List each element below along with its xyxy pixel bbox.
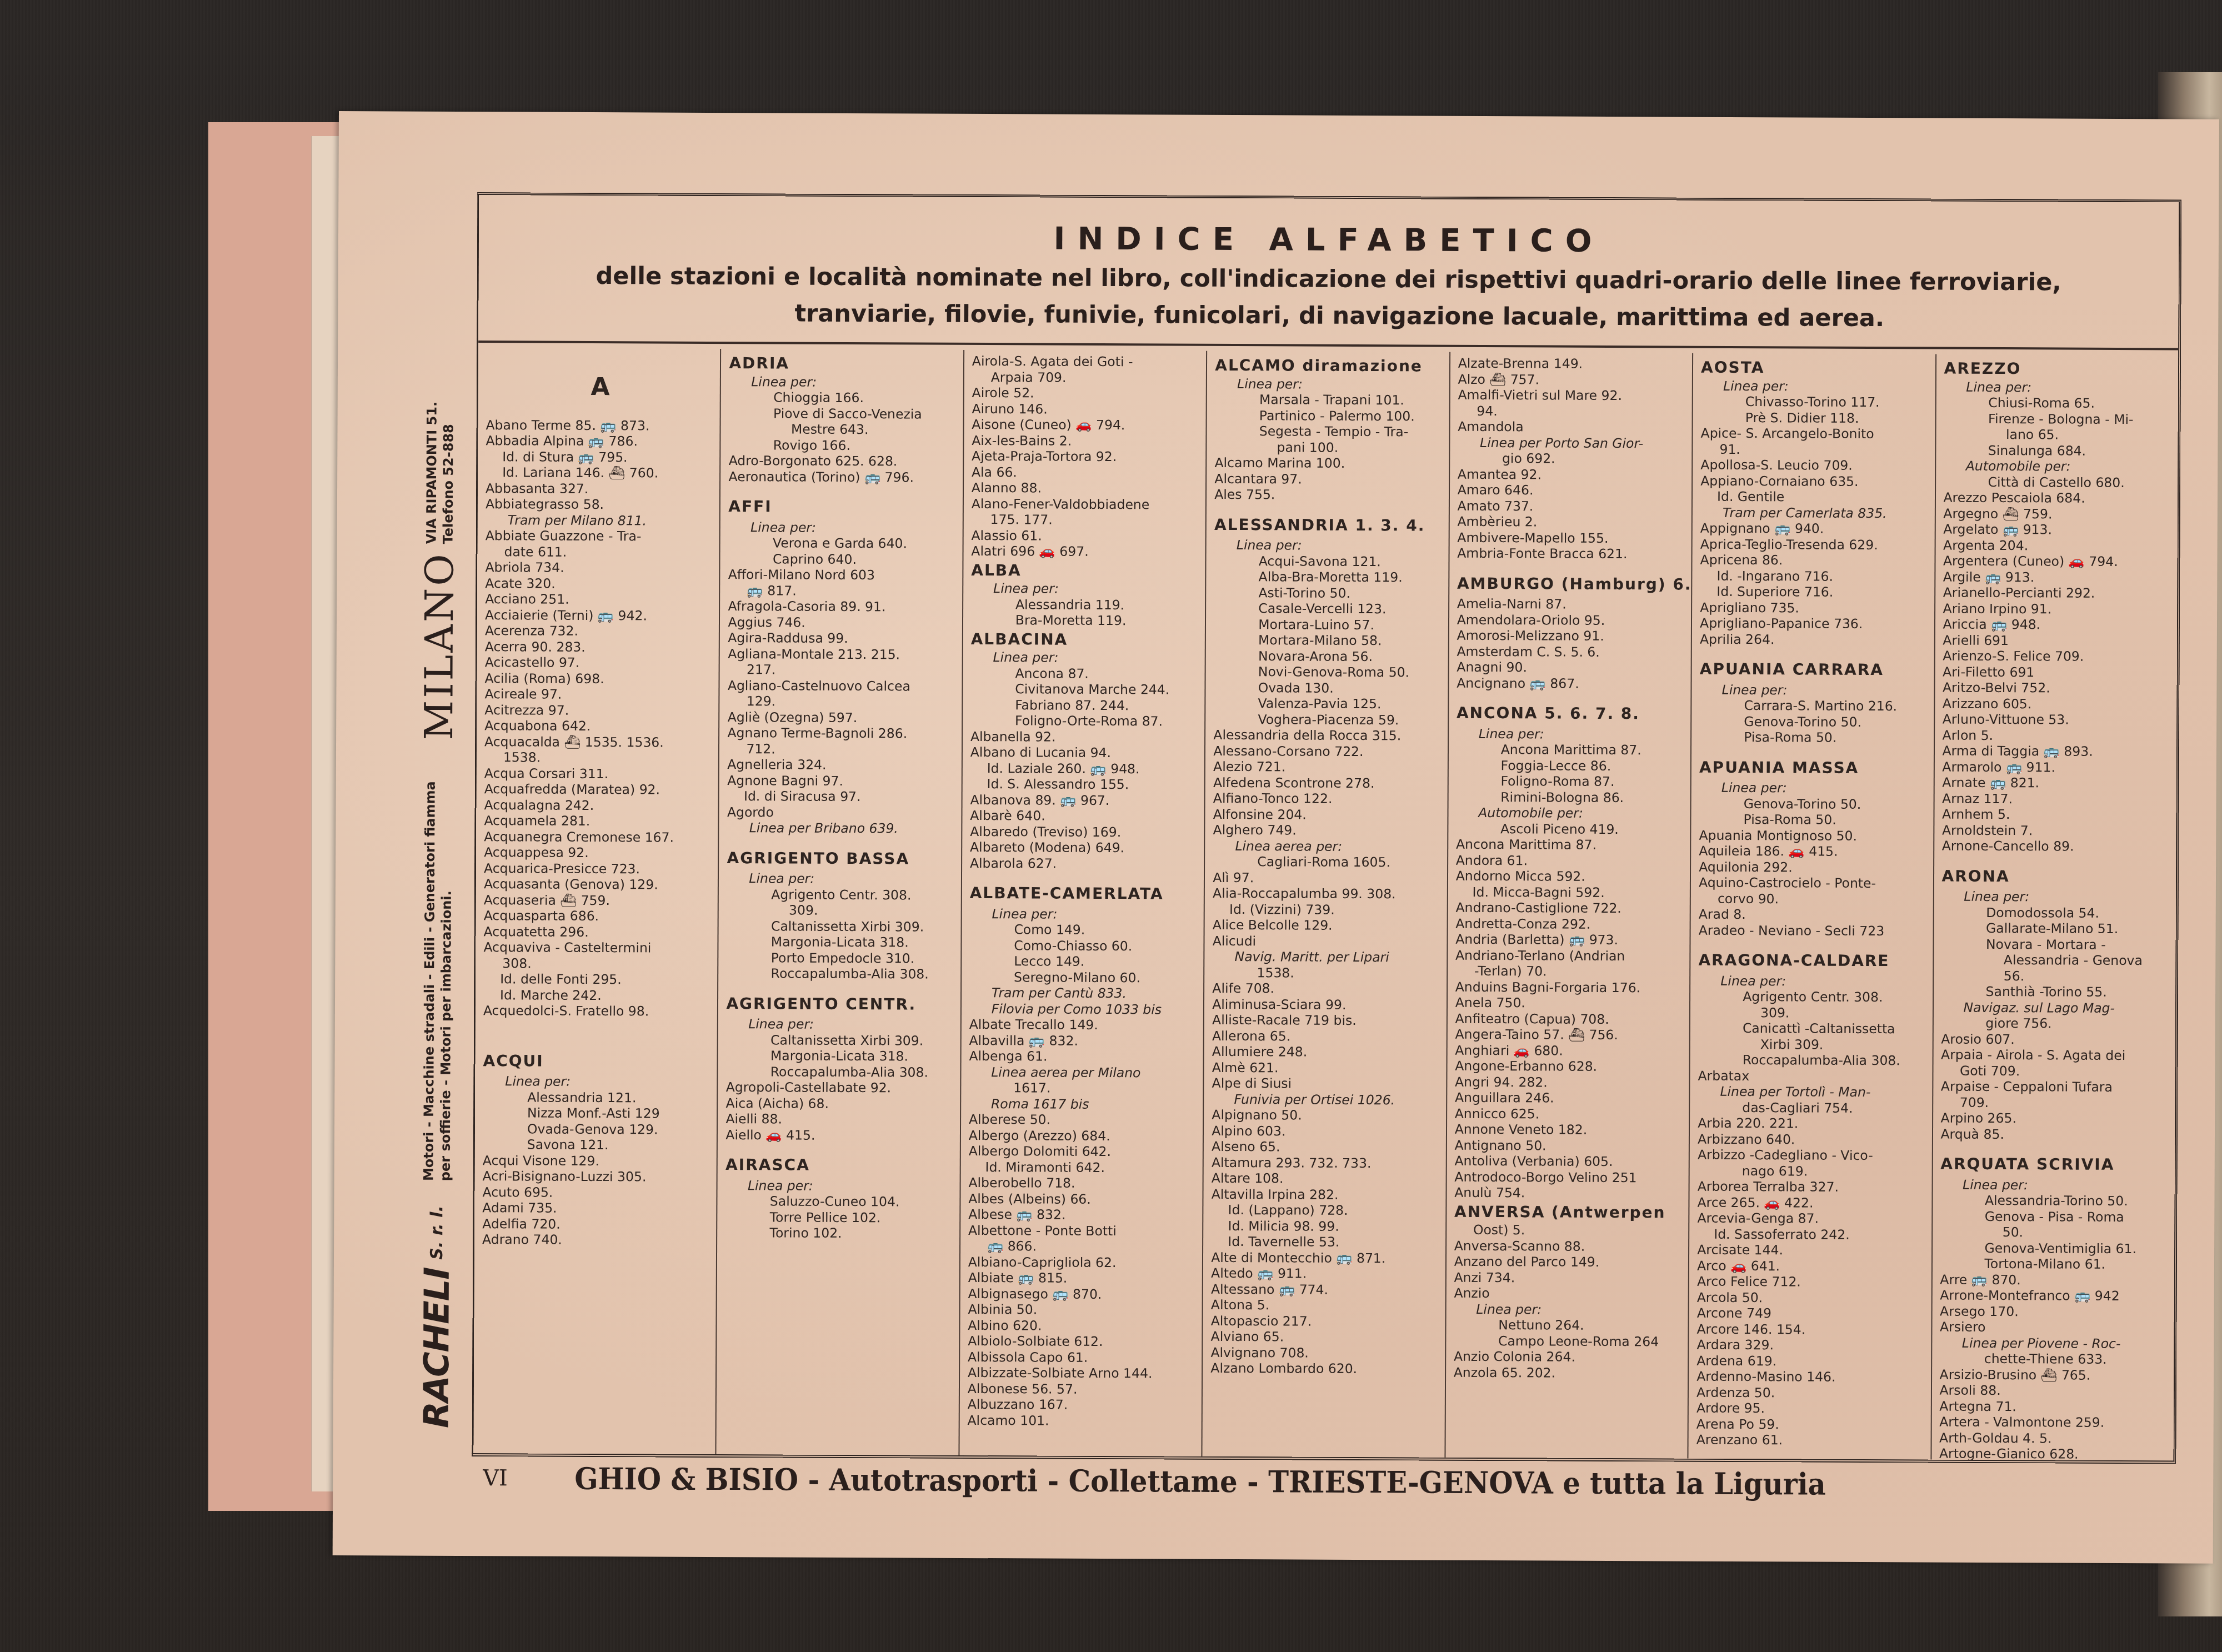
index-entry: Acciaierie (Terni) 🚌 942. (485, 607, 714, 624)
index-entry: Anagni 90. (1457, 659, 1685, 676)
index-continuation: 129. (728, 693, 957, 710)
index-entry: Albettone - Ponte Botti (968, 1222, 1197, 1239)
index-entry: Acquarica-Presicce 723. (484, 860, 713, 877)
index-entry: Aisone (Cuneo) 🚗 794. (972, 417, 1200, 433)
line-destination: Alessandria 119. (971, 596, 1200, 613)
station-heading: ARAGONA-CALDARE (1698, 953, 1927, 969)
index-entry: Ala 66. (972, 464, 1200, 480)
line-destination: Canicattì -Caltanissetta (1698, 1020, 1927, 1037)
index-entry: Albissola Capo 61. (968, 1349, 1197, 1365)
index-entry: Abriola 734. (485, 559, 714, 576)
line-destination: Margonia-Licata 318. (727, 934, 955, 950)
index-entry: Alzano Lombardo 620. (1210, 1360, 1439, 1377)
index-entry: Alessano-Corsano 722. (1213, 743, 1442, 759)
index-entry: Annicco 625. (1455, 1105, 1684, 1122)
index-entry: Alì 97. (1213, 869, 1442, 886)
line-destination: Campo Leone-Roma 264 (1454, 1333, 1683, 1349)
line-label: Navigaz. sul Lago Mag- (1941, 999, 2170, 1016)
index-entry: Anela 750. (1455, 995, 1684, 1012)
index-entry: Arcisate 144. (1697, 1242, 1926, 1259)
index-entry: Agliano-Castelnuovo Calcea (728, 678, 957, 694)
line-label: Linea per Porto San Gior- (1458, 434, 1686, 451)
line-label: Linea per: (1215, 376, 1444, 392)
index-sub-entry: Id. Lariana 146. ⛴ 760. (486, 464, 714, 481)
index-entry: Albinia 50. (968, 1301, 1197, 1318)
line-label: Linea per Bribano 639. (727, 820, 956, 837)
line-destination-continuation: pani 100. (1215, 439, 1444, 455)
ad-brand: RACHELI (416, 1267, 457, 1428)
index-continuation: Goti 709. (1941, 1063, 2170, 1079)
line-destination-continuation: 50. (1940, 1224, 2169, 1241)
index-entry: Aquino-Castrocielo - Ponte- (1699, 875, 1928, 892)
index-column-2: ADRIALinea per:Chioggia 166.Piove di Sac… (717, 349, 964, 1455)
station-heading: ALBATE-CAMERLATA (970, 885, 1199, 902)
index-entry: Alcantara 97. (1214, 470, 1443, 487)
station-heading: AMBURGO (Hamburg) 6. (1457, 575, 1686, 592)
index-entry: Aquilonia 292. (1699, 859, 1928, 875)
index-entry: Apice- S. Arcangelo-Bonito (1701, 425, 1930, 442)
index-continuation: Oost) 5. (1454, 1222, 1683, 1239)
index-entry: Altona 5. (1211, 1297, 1440, 1314)
index-sub-entry: Id. Sassoferrato 242. (1697, 1226, 1926, 1243)
index-entry: Acilia (Roma) 698. (484, 670, 713, 687)
line-destination: gio 692. (1458, 450, 1686, 467)
index-entry: Arrone-Montefranco 🚌 942 (1940, 1288, 2169, 1304)
index-entry: Acerenza 732. (485, 623, 714, 639)
index-entry: Adami 735. (482, 1200, 711, 1217)
line-label: Linea aerea per: (1213, 838, 1442, 854)
line-destination: Torre Pellice 102. (725, 1209, 954, 1226)
index-entry: Argegno ⛴ 759. (1943, 505, 2172, 522)
index-entry: Acquatetta 296. (483, 924, 712, 940)
station-heading: ACQUI (483, 1053, 712, 1070)
index-entry: Amato 737. (1458, 498, 1686, 514)
index-entry: Aprigliano 735. (1700, 599, 1929, 616)
index-entry: Albuzzano 167. (968, 1396, 1197, 1413)
index-entry: Annone Veneto 182. (1455, 1122, 1684, 1138)
index-entry: Andorno Micca 592. (1456, 868, 1685, 885)
index-entry: Arbizzano 640. (1698, 1131, 1926, 1148)
index-entry: Alliste-Racale 719 bis. (1212, 1012, 1441, 1029)
index-entry: Amantea 92. (1458, 466, 1686, 483)
index-entry: Andretta-Conza 292. (1455, 915, 1684, 932)
line-label: Automobile per: (1944, 458, 2173, 475)
line-destination: Partinico - Palermo 100. (1215, 407, 1444, 424)
index-entry: Arcevia-Genga 87. (1697, 1210, 1926, 1227)
index-columns: AAbano Terme 85. 🚌 873.Abbadia Alpina 🚌 … (473, 348, 2178, 1460)
index-entry: Alicudi (1213, 933, 1442, 949)
index-entry: Arad 8. (1699, 907, 1928, 923)
index-entry: Acquasparta 686. (484, 908, 713, 924)
index-entry: Aprilia 264. (1700, 631, 1929, 648)
line-label: Filovia per Como 1033 bis (969, 1000, 1198, 1017)
line-destination: giore 756. (1941, 1015, 2170, 1032)
index-entry: Acri-Bisignano-Luzzi 305. (483, 1168, 712, 1185)
index-entry: Arosio 607. (1941, 1031, 2170, 1048)
line-destination-continuation: 309. (1698, 1004, 1927, 1021)
index-sub-entry: Id. Milicia 98. 99. (1211, 1218, 1440, 1234)
index-entry: Aritzo-Belvi 752. (1943, 680, 2171, 697)
station-heading: AREZZO (1944, 361, 2173, 378)
index-entry: Artegna 71. (1939, 1398, 2168, 1415)
index-entry: Ambèrieu 2. (1457, 514, 1686, 530)
index-entry: Acquanegra Cremonese 167. (484, 829, 713, 845)
line-destination: Saluzzo-Cuneo 104. (725, 1193, 954, 1210)
index-entry: Albignasego 🚌 870. (968, 1285, 1197, 1302)
index-entry: Albareto (Modena) 649. (970, 839, 1199, 856)
index-entry: Abbiategrasso 58. (486, 496, 714, 513)
index-entry: Andrano-Castiglione 722. (1455, 900, 1684, 917)
index-entry: Acquacalda ⛴ 1535. 1536. (484, 734, 713, 750)
line-label: Linea per: (1941, 889, 2170, 905)
line-destination: nago 619. (1698, 1163, 1926, 1179)
index-entry: Agnone Bagni 97. (727, 773, 956, 789)
index-continuation: 94. (1458, 403, 1686, 419)
line-destination: Como 149. (969, 922, 1198, 938)
index-entry: Alfonsine 204. (1213, 806, 1442, 823)
index-entry: Aica (Aicha) 68. (726, 1095, 955, 1112)
line-destination: Ovada 130. (1214, 679, 1443, 696)
line-destination-continuation: Mestre 643. (729, 421, 958, 438)
line-destination: Domodossola 54. (1941, 904, 2170, 921)
index-entry: Arianello-Percianti 292. (1943, 585, 2172, 602)
index-entry: Abbiate Guazzone - Tra- (486, 528, 714, 544)
line-label: Tram per Milano 811. (486, 512, 714, 529)
line-label: Tram per Cantù 833. (969, 985, 1198, 1002)
line-destination-continuation: lano 65. (1944, 427, 2173, 443)
line-destination: Agrigento Centr. 308. (1698, 989, 1927, 1005)
index-entry: Acerra 90. 283. (485, 639, 714, 655)
line-destination: Genova-Torino 50. (1699, 713, 1928, 730)
line-destination: Verona e Garda 640. (728, 535, 957, 552)
line-destination: Mortara-Milano 58. (1214, 632, 1443, 649)
index-entry: Alia-Roccapalumba 99. 308. (1213, 885, 1442, 902)
index-sub-entry: Id. S. Alessandro 155. (970, 776, 1199, 793)
line-destination: Caltanissetta Xirbi 309. (726, 1032, 955, 1049)
line-destination: das-Cagliari 754. (1698, 1099, 1926, 1116)
index-entry: Argelato 🚌 913. (1943, 522, 2172, 538)
line-destination: Acqui-Savona 121. (1214, 553, 1443, 569)
line-destination: Novara-Arona 56. (1214, 648, 1443, 664)
index-entry: Arnaz 117. (1942, 790, 2171, 807)
page-number: VI (483, 1465, 508, 1491)
ad-description: Motori - Macchine stradali - Edili - Gen… (421, 781, 456, 1181)
page-subtitle: delle stazioni e località nominate nel l… (478, 257, 2179, 338)
index-entry: Arenzano 61. (1696, 1432, 1925, 1449)
index-entry: Arcore 146. 154. (1697, 1321, 1926, 1338)
index-entry: Agira-Raddusa 99. (728, 630, 957, 647)
index-entry: Ardara 329. (1696, 1337, 1925, 1354)
line-destination-continuation: 56. (1941, 968, 2170, 984)
index-entry: Argile 🚌 913. (1943, 569, 2172, 585)
line-destination: Ascoli Piceno 419. (1456, 820, 1685, 837)
line-label: Linea per: (1457, 725, 1685, 742)
station-heading: ARQUATA SCRIVIA (1940, 1157, 2169, 1173)
index-entry: Alseno 65. (1212, 1139, 1440, 1155)
index-entry: Acquappesa 92. (484, 844, 713, 861)
line-label: Automobile per: (1456, 805, 1685, 822)
line-label: Linea per: (725, 1178, 954, 1194)
index-entry: Alcamo Marina 100. (1214, 455, 1443, 472)
index-entry: Anzola 65. 202. (1454, 1364, 1683, 1381)
station-heading: AGRIGENTO CENTR. (726, 996, 955, 1013)
line-destination: Pisa-Roma 50. (1699, 812, 1928, 828)
index-entry: Arienzo-S. Felice 709. (1943, 648, 2171, 665)
line-destination: Asti-Torino 50. (1214, 584, 1443, 601)
index-entry: Aliminusa-Sciara 99. (1212, 996, 1441, 1013)
index-entry: Aix-les-Bains 2. (972, 432, 1200, 449)
index-sub-entry: Id. Miramonti 642. (968, 1159, 1197, 1175)
letter-heading: A (486, 379, 715, 396)
index-entry: Arcone 749 (1697, 1305, 1926, 1322)
index-entry: Arth-Goldau 4. 5. (1939, 1430, 2168, 1446)
index-entry: Altavilla Irpina 282. (1212, 1186, 1440, 1203)
index-entry: Altessano 🚌 774. (1211, 1281, 1440, 1298)
index-entry: Andora 61. (1456, 852, 1685, 869)
index-entry: Albese 🚌 832. (968, 1207, 1197, 1223)
index-entry: Andria (Barletta) 🚌 973. (1455, 932, 1684, 948)
index-sub-entry: Id. delle Fonti 295. (483, 971, 712, 988)
line-destination: Torino 102. (725, 1225, 954, 1241)
index-entry: Aiello 🚗 415. (725, 1127, 954, 1144)
index-entry: Ariano Irpino 91. (1943, 600, 2172, 617)
line-destination: Piove di Sacco-Venezia (729, 406, 958, 422)
index-entry: Alife 708. (1212, 980, 1441, 997)
index-entry: Alpino 603. (1212, 1123, 1440, 1139)
index-entry: Arpino 265. (1941, 1110, 2170, 1127)
index-entry: Acicastello 97. (485, 654, 714, 671)
line-destination: Genova - Pisa - Roma (1940, 1208, 2169, 1225)
line-label: Linea per: (1701, 378, 1930, 394)
station-heading: ALBA (971, 562, 1200, 579)
line-destination: Gallarate-Milano 51. (1941, 920, 2170, 937)
index-entry: Ardore 95. (1696, 1400, 1925, 1417)
line-destination: Genova-Ventimiglia 61. (1940, 1240, 2169, 1256)
station-heading: AGRIGENTO BASSA (727, 850, 955, 867)
index-entry: Arpaise - Ceppaloni Tufara (1941, 1079, 2170, 1095)
line-label: Linea per: (1699, 780, 1928, 797)
index-continuation: 1538. (484, 749, 713, 766)
index-continuation: 91. (1700, 441, 1929, 458)
index-entry: Anghiari 🚗 680. (1455, 1042, 1684, 1059)
index-entry: Albino 620. (968, 1317, 1197, 1334)
index-entry: Aprica-Teglio-Tresenda 629. (1700, 536, 1929, 553)
line-destination: 1617. (969, 1080, 1198, 1097)
line-destination: Lecco 149. (969, 953, 1198, 970)
line-destination-continuation: Xirbi 309. (1698, 1036, 1927, 1053)
index-entry: Altare 108. (1212, 1170, 1440, 1187)
index-entry: Alzate-Brenna 149. (1458, 356, 1687, 372)
index-entry: Arborea Terralba 327. (1698, 1179, 1926, 1195)
line-destination: Genova-Torino 50. (1699, 795, 1928, 812)
station-heading: APUANIA CARRARA (1700, 662, 1929, 678)
index-entry: Aquileia 186. 🚗 415. (1699, 843, 1928, 860)
index-entry: Aggius 746. (728, 614, 957, 631)
station-heading: ADRIA (729, 356, 958, 372)
line-destination: Foggia-Lecce 86. (1457, 757, 1685, 774)
index-entry: Arezzo Pescaiola 684. (1943, 490, 2172, 507)
line-destination: 1538. (1212, 964, 1441, 981)
line-label: Linea per Piovene - Roc- (1940, 1335, 2169, 1351)
index-entry: Albiolo-Solbiate 612. (968, 1333, 1197, 1350)
index-entry: Anzano del Parco 149. (1454, 1254, 1683, 1270)
index-entry: Alberese 50. (969, 1112, 1198, 1128)
index-entry: Altedo 🚌 911. (1211, 1265, 1440, 1282)
line-label: Linea per: (969, 905, 1198, 922)
line-destination: Firenze - Bologna - Mi- (1944, 411, 2173, 427)
index-entry: Airuno 146. (972, 401, 1200, 417)
line-destination: Chiusi-Roma 65. (1944, 395, 2173, 412)
index-sub-entry: Id. Tavernelle 53. (1211, 1234, 1440, 1250)
ad-city: MILANO (416, 552, 462, 740)
ad-address-line-1: VIA RIPAMONTI 51. (424, 402, 440, 544)
index-entry: Alatri 696 🚗 697. (971, 543, 1200, 560)
index-entry: Aprigliano-Papanice 736. (1700, 615, 1929, 632)
index-entry: Arena Po 59. (1696, 1416, 1925, 1433)
index-entry: Angone-Erbanno 628. (1455, 1058, 1684, 1075)
index-entry: Anzi 734. (1454, 1269, 1683, 1286)
index-entry: Albergo Dolomiti 642. (969, 1143, 1198, 1160)
index-sub-entry: Id. Marche 242. (483, 987, 712, 1004)
index-entry: Appignano 🚌 940. (1700, 520, 1929, 537)
line-destination-continuation: 309. (727, 902, 955, 919)
index-entry: Ambria-Fonte Bracca 621. (1457, 545, 1686, 562)
index-sub-entry: Id. (Lappano) 728. (1212, 1202, 1440, 1219)
index-entry: Aeronautica (Torino) 🚌 796. (728, 469, 957, 485)
index-entry: Acquabona 642. (484, 718, 713, 734)
station-heading: ALBACINA (971, 631, 1200, 648)
index-entry: Agliana-Montale 213. 215. (728, 646, 957, 663)
line-destination: Santhià -Torino 55. (1941, 984, 2170, 1000)
index-entry: Agliè (Ozegna) 597. (728, 709, 957, 726)
index-entry: Alfiano-Tonco 122. (1213, 790, 1442, 807)
line-destination: Valenza-Pavia 125. (1214, 695, 1443, 712)
index-entry: Albanella 92. (970, 728, 1199, 745)
station-heading: ANVERSA (Antwerpen (1454, 1204, 1683, 1220)
line-destination: Alessandria 121. (483, 1089, 712, 1106)
index-sub-entry: Id. di Stura 🚌 795. (486, 449, 714, 465)
line-label: Linea per: (1454, 1301, 1683, 1318)
index-entry: Apuania Montignoso 50. (1699, 827, 1928, 844)
subtitle-line-2: tranviarie, filovie, funivie, funicolari… (478, 294, 2178, 338)
line-label: Navig. Maritt. per Lipari (1213, 949, 1442, 965)
line-destination: Civitanova Marche 244. (970, 681, 1199, 698)
line-destination: Pisa-Roma 50. (1699, 729, 1928, 746)
index-entry: Anguillara 246. (1455, 1090, 1684, 1107)
index-entry: Alessandria della Rocca 315. (1213, 727, 1442, 744)
line-destination: Rimini-Bologna 86. (1456, 789, 1685, 805)
index-entry: Acate 320. (485, 575, 714, 592)
line-destination: Tortona-Milano 61. (1940, 1256, 2169, 1273)
index-entry: Albiate 🚌 815. (968, 1270, 1197, 1286)
line-label: Linea per: (971, 580, 1200, 597)
index-entry: Angri 94. 282. (1455, 1074, 1684, 1090)
ad-desc-line-1: Motori - Macchine stradali - Edili - Gen… (421, 781, 438, 1181)
station-heading: APUANIA MASSA (1699, 759, 1928, 776)
index-continuation: 217. (728, 662, 957, 678)
index-entry: Allerona 65. (1212, 1028, 1441, 1044)
line-destination: Sinalunga 684. (1944, 442, 2173, 459)
line-destination: Alessandria-Torino 50. (1940, 1193, 2169, 1209)
station-heading: AOSTA (1701, 360, 1930, 377)
line-label: Funivia per Ortisei 1026. (1212, 1091, 1440, 1108)
line-destination: Cagliari-Roma 1605. (1213, 854, 1442, 870)
index-entry: Arielli 691 (1943, 632, 2171, 649)
index-entry: Agropoli-Castellabate 92. (726, 1079, 955, 1096)
index-entry: Albano di Lucania 94. (970, 744, 1199, 761)
index-entry: Andriano-Terlano (Andrian (1455, 947, 1684, 964)
index-entry: Ardenza 50. (1696, 1384, 1925, 1401)
line-destination: Caprino 640. (728, 551, 957, 568)
line-destination: Novi-Genova-Roma 50. (1214, 664, 1443, 680)
index-entry: Amandola (1458, 419, 1686, 435)
index-column-4: ALCAMO diramazioneLinea per:Marsala - Tr… (1203, 351, 1450, 1458)
line-destination: Rovigo 166. (729, 437, 958, 454)
spacer (483, 1019, 712, 1040)
line-destination: Roccapalumba-Alia 308. (1698, 1052, 1927, 1069)
index-entry: Apricena 86. (1700, 552, 1929, 569)
index-entry: Aielli 88. (725, 1111, 954, 1128)
line-destination: Ancona 87. (970, 665, 1199, 682)
index-entry: Alberobello 718. (968, 1175, 1197, 1192)
index-entry: Alvignano 708. (1210, 1344, 1439, 1361)
index-entry: Aradeo - Neviano - Secli 723 (1699, 922, 1928, 939)
ad-phone: Telefono 52-888 (441, 424, 457, 544)
index-entry: Airole 52. (972, 385, 1201, 402)
index-entry: Albarè 640. (970, 808, 1199, 824)
index-sub-entry: Id. -Ingarano 716. (1700, 568, 1929, 584)
line-destination: Fabriano 87. 244. (970, 697, 1199, 713)
index-entry: Anzio Colonia 264. (1454, 1349, 1683, 1365)
index-entry: Arnate 🚌 821. (1942, 775, 2171, 792)
index-entry: Arre 🚌 870. (1940, 1271, 2169, 1288)
index-entry: Arsego 170. (1940, 1303, 2169, 1320)
index-entry: Albergo (Arezzo) 684. (969, 1127, 1198, 1144)
line-destination: Casale-Vercelli 123. (1214, 600, 1443, 617)
index-entry: Argenta 204. (1943, 537, 2172, 554)
line-destination: Foligno-Orte-Roma 87. (970, 713, 1199, 729)
index-entry: Almè 621. (1212, 1059, 1441, 1076)
index-entry: Adro-Borgonato 625. 628. (729, 453, 958, 469)
line-destination-continuation: Alessandria - Genova (1941, 952, 2170, 969)
index-entry: Acquaviva - Casteltermini (483, 939, 712, 956)
index-entry: Alviano 65. (1211, 1329, 1440, 1345)
line-label: Linea per: (971, 649, 1200, 666)
index-entry: Alpe di Siusi (1212, 1075, 1441, 1092)
index-continuation: 308. (483, 955, 712, 972)
line-destination: Nizza Monf.-Asti 129 (483, 1105, 712, 1122)
index-entry: Alanno 88. (972, 480, 1200, 497)
index-column-3: Airola-S. Agata dei Goti -Arpaia 709.Air… (959, 350, 1207, 1456)
index-entry: Acitrezza 97. (484, 702, 713, 719)
index-entry: Acquaseria ⛴ 759. (484, 892, 713, 909)
index-entry: Arlon 5. (1943, 727, 2171, 744)
index-entry: Arce 265. 🚗 422. (1697, 1194, 1926, 1211)
index-entry: Anfiteatro (Capua) 708. (1455, 1010, 1684, 1027)
index-entry: Arbatax (1698, 1068, 1926, 1084)
station-heading: AIRASCA (725, 1157, 954, 1174)
index-entry: Albarola 627. (970, 855, 1199, 872)
line-destination: Marsala - Trapani 101. (1215, 392, 1444, 408)
index-entry: Albonese 56. 57. (968, 1380, 1197, 1397)
index-entry: Arbia 220. 221. (1698, 1115, 1926, 1132)
index-entry: Adelfia 720. (482, 1216, 711, 1233)
ad-desc-line-2: per soffierie - Motori per imbarcazioni. (438, 890, 454, 1181)
station-heading: ALCAMO diramazione (1215, 358, 1444, 374)
index-entry: Alcamo 101. (968, 1412, 1197, 1429)
index-entry: Acquamela 281. (484, 813, 713, 829)
index-column-5: Alzate-Brenna 149.Alzo ⛴ 757.Amalfi-Viet… (1445, 352, 1693, 1459)
